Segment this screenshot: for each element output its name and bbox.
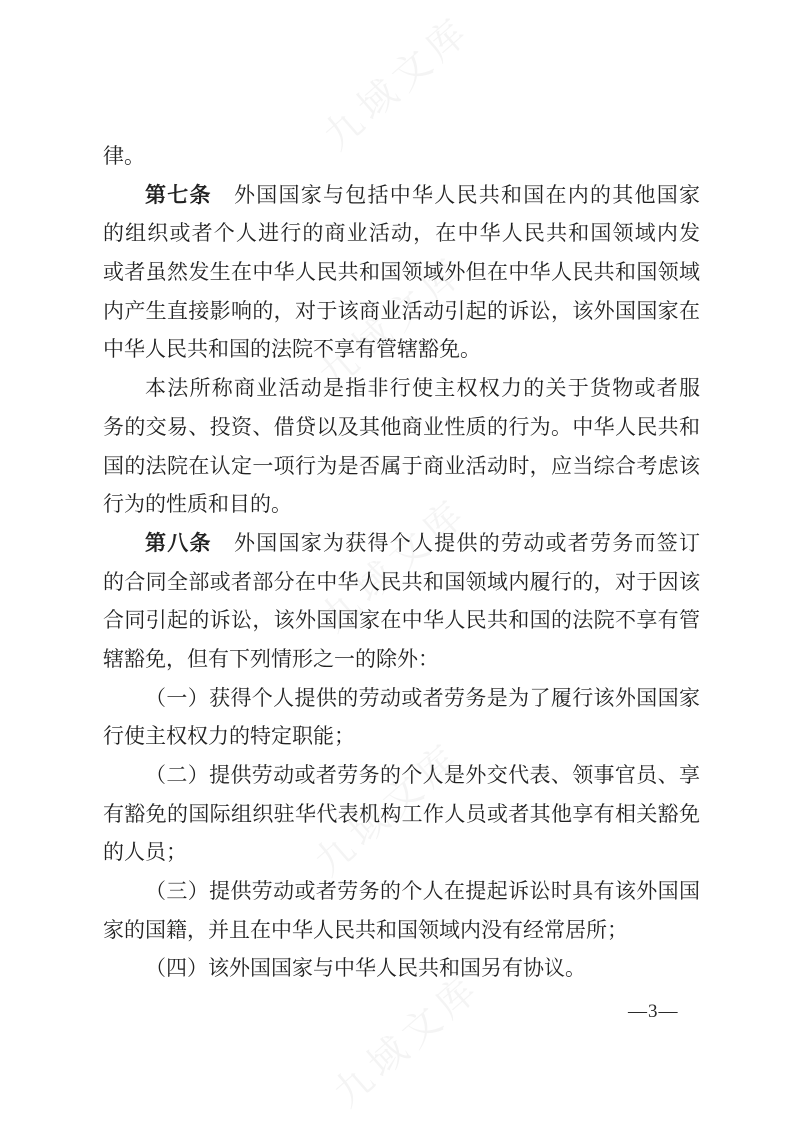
article-first-line-text: 外国国家与包括中华人民共和国在内的其他国家: [212, 183, 700, 207]
text-line: 行为的性质和目的。: [103, 485, 700, 524]
document-page: 九域文库九域文库九域文库九域文库九域文库 律。第七条 外国国家与包括中华人民共和…: [0, 0, 793, 1122]
watermark-text: 九域文库: [309, 0, 481, 160]
text-line: 务的交易、投资、借贷以及其他商业性质的行为。中华人民共和: [103, 408, 700, 447]
page-number: —3—: [628, 1001, 679, 1023]
text-line: 中华人民共和国的法院不享有管辖豁免。: [103, 330, 700, 369]
article-number: 第七条: [145, 183, 212, 207]
text-line: 或者虽然发生在中华人民共和国领域外但在中华人民共和国领域: [103, 253, 700, 292]
text-line: 本法所称商业活动是指非行使主权权力的关于货物或者服: [103, 369, 700, 408]
text-line: （一）获得个人提供的劳动或者劳务是为了履行该外国国家: [103, 679, 700, 718]
text-line: （二）提供劳动或者劳务的个人是外交代表、领事官员、享: [103, 756, 700, 795]
text-line: 行使主权权力的特定职能；: [103, 717, 700, 756]
text-line: 内产生直接影响的，对于该商业活动引起的诉讼，该外国国家在: [103, 292, 700, 331]
text-line: 国的法院在认定一项行为是否属于商业活动时，应当综合考虑该: [103, 447, 700, 486]
text-line: 的人员；: [103, 833, 700, 872]
article-number: 第八条: [145, 531, 212, 555]
text-line: 的组织或者个人进行的商业活动，在中华人民共和国领域内发生，: [103, 214, 700, 253]
document-body: 律。第七条 外国国家与包括中华人民共和国在内的其他国家的组织或者个人进行的商业活…: [103, 137, 700, 988]
text-line: 辖豁免，但有下列情形之一的除外：: [103, 640, 700, 679]
text-line: 第八条 外国国家为获得个人提供的劳动或者劳务而签订: [103, 524, 700, 563]
text-line: 有豁免的国际组织驻华代表机构工作人员或者其他享有相关豁免: [103, 795, 700, 834]
text-line: 合同引起的诉讼，该外国国家在中华人民共和国的法院不享有管: [103, 601, 700, 640]
text-line: 的合同全部或者部分在中华人民共和国领域内履行的，对于因该: [103, 563, 700, 602]
text-line: （三）提供劳动或者劳务的个人在提起诉讼时具有该外国国: [103, 872, 700, 911]
text-line: 家的国籍，并且在中华人民共和国领域内没有经常居所；: [103, 911, 700, 950]
text-line: （四）该外国国家与中华人民共和国另有协议。: [103, 949, 700, 988]
article-first-line-text: 外国国家为获得个人提供的劳动或者劳务而签订: [212, 531, 700, 555]
text-line: 第七条 外国国家与包括中华人民共和国在内的其他国家: [103, 176, 700, 215]
text-line: 律。: [103, 137, 700, 176]
